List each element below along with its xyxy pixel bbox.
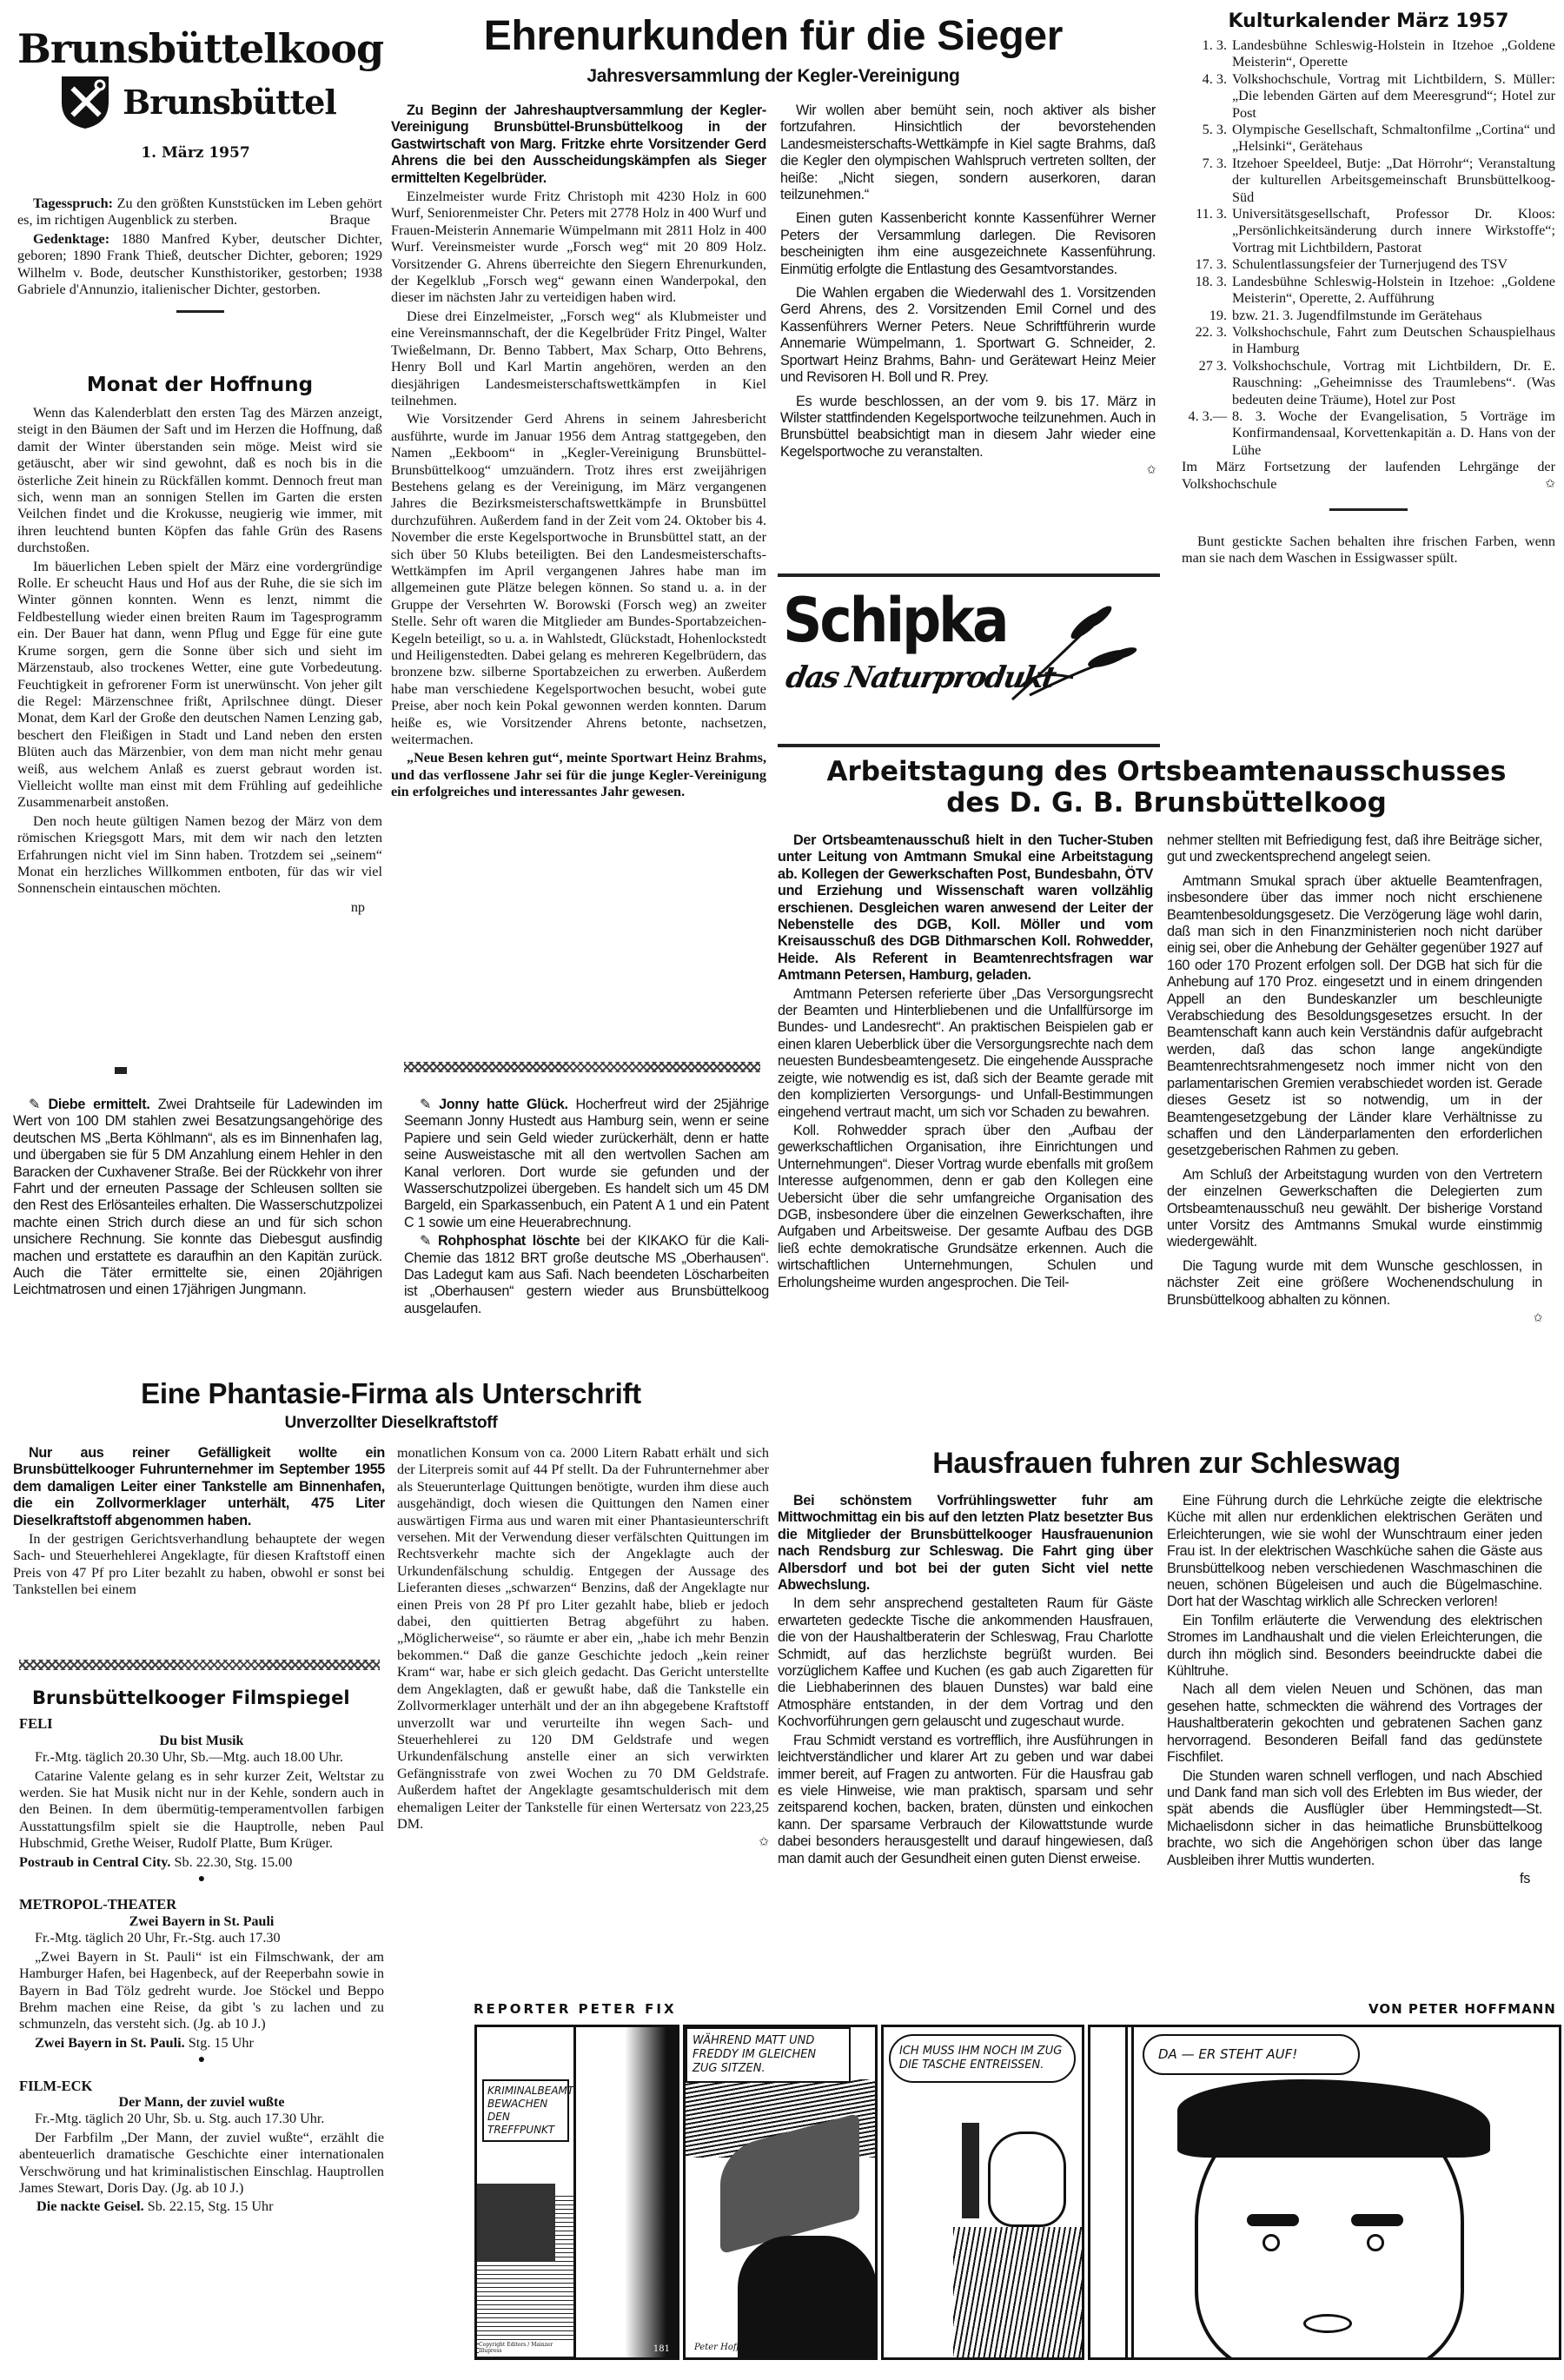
caption-box: Kriminalbeamte bewachen den Treffpunkt xyxy=(482,2079,569,2142)
calendar-item: 1. 3.Landesbühne Schleswig-Holstein in I… xyxy=(1182,37,1555,71)
article-monat: Monat der Hoffnung Wenn das Kalenderblat… xyxy=(17,374,382,916)
masthead-subtitle: Brunsbüttel xyxy=(123,83,336,122)
divider xyxy=(176,310,224,313)
coat-of-arms-icon xyxy=(55,73,116,130)
film-title: Du bist Musik xyxy=(19,1733,384,1749)
cinema-name: FILM-ECK xyxy=(19,2078,384,2094)
comic-title-right: VON PETER HOFFMANN xyxy=(1368,2001,1556,2017)
lead-paragraph: Nur aus reiner Gefälligkeit wollte ein B… xyxy=(13,1445,385,1529)
calendar-item: 5. 3.Olympische Gesellschaft, Schmaltonf… xyxy=(1182,122,1555,156)
calendar-item: 18. 3.Landesbühne Schleswig-Holstein in … xyxy=(1182,274,1555,308)
kulturkalender: Kulturkalender März 1957 1. 3.Landesbühn… xyxy=(1182,10,1555,569)
calendar-item: 22. 3.Volkshochschule, Fahrt zum Deutsch… xyxy=(1182,324,1555,358)
cinema-film-eck: FILM-ECK Der Mann, der zuviel wußte Fr.-… xyxy=(19,2078,384,2216)
comic-title-left: REPORTER PETER FIX xyxy=(474,2001,677,2017)
wheat-ears-icon xyxy=(1004,591,1143,707)
film-description: „Zwei Bayern in St. Pauli“ ist ein Films… xyxy=(19,1949,384,2033)
calendar-item: 4. 3.—8. 3. Woche der Evangelisation, 5 … xyxy=(1182,408,1555,459)
paragraph: Wie Vorsitzender Gerd Ahrens in seinem J… xyxy=(391,411,766,748)
ehren-col1: Zu Beginn der Jahreshauptversammlung der… xyxy=(391,103,766,803)
pen-icon: ✎ xyxy=(29,1097,40,1112)
subheadline-ehren: Jahresversammlung der Kegler-Vereinigung xyxy=(391,66,1156,87)
dgb-col2: nehmer stellten mit Befriedigung fest, d… xyxy=(1167,832,1542,1327)
masthead-title: Brunsbüttelkoog xyxy=(17,26,374,71)
bullet-separator: ● xyxy=(19,1871,384,1887)
calendar-list: 1. 3.Landesbühne Schleswig-Holstein in I… xyxy=(1182,37,1555,493)
paragraph: Es wurde beschlossen, an der vom 9. bis … xyxy=(780,394,1156,461)
filmspiegel: Brunsbüttelkooger Filmspiegel FELI Du bi… xyxy=(19,1690,384,2216)
headline-phantasie: Eine Phantasie-Firma als Unterschrift xyxy=(13,1377,769,1410)
calendar-item: 19.bzw. 21. 3. Jugendfilmstunde im Gerät… xyxy=(1182,308,1555,324)
article-dgb: Arbeitstagung des Ortsbeamtenausschusses… xyxy=(778,756,1555,1327)
paragraph: Frau Schmidt verstand es vortrefflich, i… xyxy=(778,1733,1153,1867)
film-description: Der Farbfilm „Der Mann, der zuviel wußte… xyxy=(19,2130,384,2198)
end-star-icon: ✩ xyxy=(1545,476,1555,493)
news-headline: Rohphosphat löschte xyxy=(438,1233,580,1249)
film-title: Der Mann, der zuviel wußte xyxy=(19,2094,384,2111)
paragraph: Wenn das Kalenderblatt den ersten Tag de… xyxy=(17,405,382,557)
lead-paragraph: Bei schönstem Vorfrühlingswetter fuhr am… xyxy=(778,1493,1153,1594)
advertisement-schipka[interactable]: Schipka das Naturprodukt xyxy=(778,573,1160,747)
paragraph: Im bäuerlichen Leben spielt der März ein… xyxy=(17,559,382,812)
bullet-separator: ● xyxy=(19,2052,384,2068)
headline-hausfrauen: Hausfrauen fuhren zur Schleswag xyxy=(778,1447,1555,1481)
cinema-name: METROPOL-THEATER xyxy=(19,1896,384,1913)
cinema-metropol: METROPOL-THEATER Zwei Bayern in St. Paul… xyxy=(19,1896,384,2068)
comic-panel-2: Während Matt und Freddy im gleichen Zug … xyxy=(683,2025,878,2360)
end-star-icon: ✩ xyxy=(1534,1310,1542,1327)
paragraph: Den noch heute gültigen Namen bezog der … xyxy=(17,813,382,898)
paragraph: Einen guten Kassenbericht konnte Kassenf… xyxy=(780,210,1156,278)
film-title: Zwei Bayern in St. Pauli xyxy=(19,1913,384,1930)
comic-panel-3: Ich muss ihm noch im Zug die Tasche entr… xyxy=(881,2025,1084,2360)
paragraph: Amtmann Petersen referierte über „Das Ve… xyxy=(778,986,1153,1121)
paragraph: Koll. Rohwedder sprach über den „Aufbau … xyxy=(778,1123,1153,1291)
showtimes: Fr.-Mtg. täglich 20.30 Uhr, Sb.—Mtg. auc… xyxy=(19,1749,384,1766)
news-headline: Diebe ermittelt. xyxy=(48,1097,149,1112)
article-hausfrauen: Hausfrauen fuhren zur Schleswag Bei schö… xyxy=(778,1447,1555,1887)
ad-rule-bottom xyxy=(778,744,1160,747)
calendar-item: 11. 3.Universitätsgesellschaft, Professo… xyxy=(1182,206,1555,256)
paragraph: Die Tagung wurde mit dem Wunsche geschlo… xyxy=(1167,1258,1542,1309)
thought-bubble: Ich muss ihm noch im Zug die Tasche entr… xyxy=(889,2034,1076,2083)
signature: fs xyxy=(1167,1871,1530,1887)
divider xyxy=(1329,508,1408,511)
caption-box: Während Matt und Freddy im gleichen Zug … xyxy=(686,2027,851,2083)
paragraph: Wir wollen aber bemüht sein, noch aktive… xyxy=(780,103,1156,203)
pen-icon: ✎ xyxy=(420,1097,431,1112)
lead-paragraph: Der Ortsbeamtenausschuß hielt in den Tuc… xyxy=(778,832,1153,984)
paragraph: Nach all dem vielen Neuen und Schönen, d… xyxy=(1167,1681,1542,1766)
calendar-item: 17. 3.Schulentlassungsfeier der Turnerju… xyxy=(1182,256,1555,273)
paragraph: In der gestrigen Gerichtsverhandlung beh… xyxy=(13,1531,385,1599)
paragraph: Ein Tonfilm erläuterte die Verwendung de… xyxy=(1167,1613,1542,1681)
ornamental-divider xyxy=(19,1660,380,1670)
film-description: Catarine Valente gelang es in sehr kurze… xyxy=(19,1768,384,1853)
household-tip: Bunt gestickte Sachen behalten ihre fris… xyxy=(1182,534,1555,567)
calendar-item: 4. 3.Volkshochschule, Vortrag mit Lichtb… xyxy=(1182,71,1555,122)
paragraph: Einzelmeister wurde Fritz Christoph mit … xyxy=(391,189,766,307)
headline-dgb: Arbeitstagung des Ortsbeamtenausschusses… xyxy=(778,756,1555,819)
issue-date: 1. März 1957 xyxy=(17,144,374,162)
ad-brand: Schipka xyxy=(783,589,1007,652)
paragraph: „Neue Besen kehren gut“, meinte Sportwar… xyxy=(391,750,766,800)
thought-bubble: Da — er steht auf! xyxy=(1143,2034,1360,2075)
gedenktage-label: Gedenktage: xyxy=(33,231,109,247)
calendar-footer: Im März Fortsetzung der laufenden Lehrgä… xyxy=(1182,459,1555,493)
showtimes: Fr.-Mtg. täglich 20 Uhr, Fr.-Stg. auch 1… xyxy=(19,1930,384,1946)
cinema-name: FELI xyxy=(19,1715,384,1732)
end-star-icon: ✩ xyxy=(759,1834,769,1851)
strip-number: 181 xyxy=(653,2344,670,2354)
headline-filmspiegel: Brunsbüttelkooger Filmspiegel xyxy=(32,1690,384,1707)
headline-monat: Monat der Hoffnung xyxy=(17,374,382,396)
signature: np xyxy=(17,899,365,916)
paragraph: Am Schluß der Arbeitstagung wurden von d… xyxy=(1167,1167,1542,1251)
paragraph: In dem sehr ansprechend gestalteten Raum… xyxy=(778,1595,1153,1730)
end-star-icon: ✩ xyxy=(1147,462,1156,479)
calendar-item: 7. 3.Itzehoer Speeldeel, Butje: „Dat Hör… xyxy=(1182,156,1555,206)
headline-kultur: Kulturkalender März 1957 xyxy=(1182,10,1555,32)
news-headline: Jonny hatte Glück. xyxy=(439,1097,568,1112)
comic-panel-1: Kriminalbeamte bewachen den Treffpunkt C… xyxy=(474,2025,576,2360)
cinema-feli: FELI Du bist Musik Fr.-Mtg. täglich 20.3… xyxy=(19,1715,384,1887)
artist-signature: Peter Hoffmann xyxy=(694,2343,764,2352)
headline-ehren: Ehrenurkunden für die Sieger xyxy=(391,12,1156,61)
news-diebe: ✎ Diebe ermittelt. Zwei Drahtseile für L… xyxy=(13,1097,382,1301)
ornamental-divider xyxy=(404,1062,760,1072)
paragraph: Diese drei Einzelmeister, „Forsch weg“ a… xyxy=(391,308,766,409)
copyright: Copyright Editors / Mainzer Illupress xyxy=(479,2342,573,2354)
lead-paragraph: Zu Beginn der Jahreshauptversammlung der… xyxy=(391,103,766,187)
paragraph: Amtmann Smukal sprach über aktuelle Beam… xyxy=(1167,873,1542,1160)
paragraph: monatlichen Konsum von ca. 2000 Litern R… xyxy=(397,1445,769,1833)
paragraph: Die Wahlen ergaben die Wiederwahl des 1.… xyxy=(780,285,1156,386)
subheadline-phantasie: Unverzollter Dieselkraftstoff xyxy=(13,1414,769,1433)
dgb-col1: Der Ortsbeamtenausschuß hielt in den Tuc… xyxy=(778,832,1153,1327)
pen-icon: ✎ xyxy=(420,1233,431,1249)
calendar-item: 27 3.Volkshochschule, Vortrag mit Lichtb… xyxy=(1182,358,1555,408)
ad-rule-top xyxy=(778,573,1160,577)
news-jonny: ✎ Jonny hatte Glück. Hocherfreut wird de… xyxy=(404,1097,769,1319)
paragraph: Eine Führung durch die Lehrküche zeigte … xyxy=(1167,1493,1542,1611)
tagesspruch-author: Braque xyxy=(314,212,370,229)
paragraph: nehmer stellten mit Befriedigung fest, d… xyxy=(1167,832,1542,866)
showtimes: Fr.-Mtg. täglich 20 Uhr, Sb. u. Stg. auc… xyxy=(19,2111,384,2127)
tagesspruch-block: Tagesspruch: Zu den größten Kunststücken… xyxy=(17,196,382,322)
comic-panel-4: Da — er steht auf! xyxy=(1088,2025,1561,2360)
paragraph: Die Stunden waren schnell verflogen, und… xyxy=(1167,1768,1542,1869)
divider-small xyxy=(115,1067,127,1074)
tagesspruch-label: Tagesspruch: xyxy=(33,196,113,211)
masthead: Brunsbüttelkoog Brunsbüttel 1. März 1957 xyxy=(17,26,374,162)
